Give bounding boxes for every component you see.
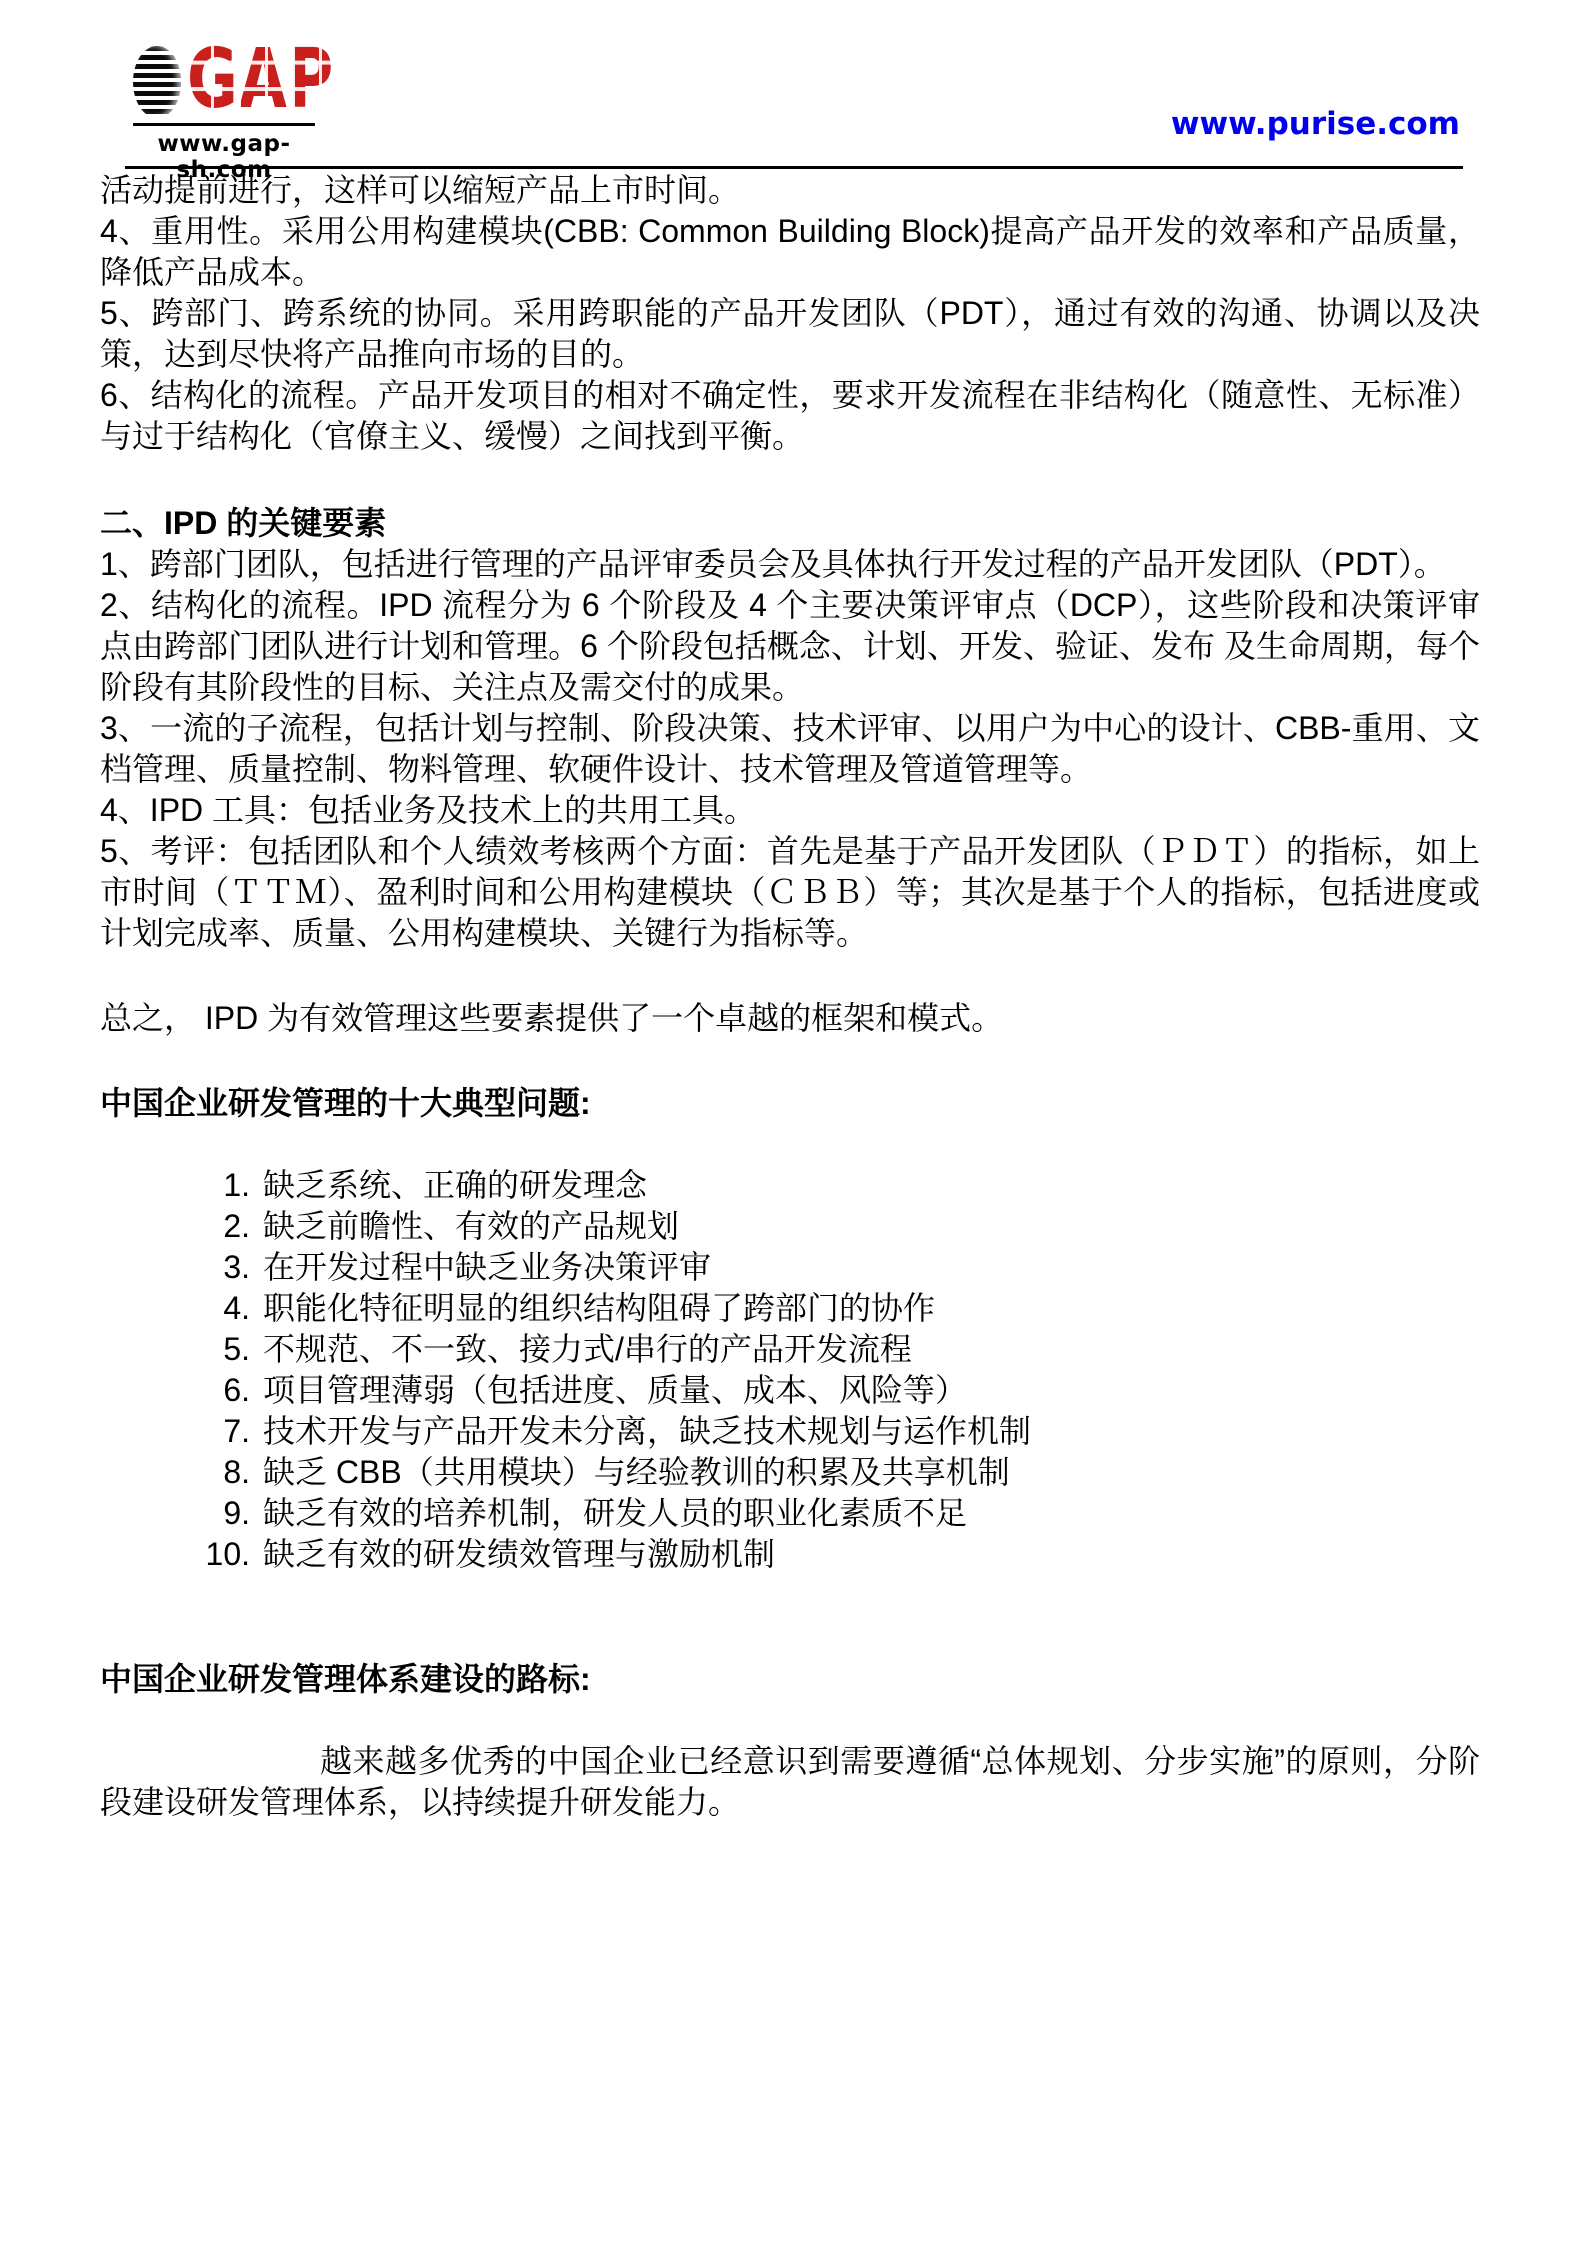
problem-number: 6.: [100, 1370, 250, 1411]
cross-department-paragraph: 5、跨部门、跨系统的协同。采用跨职能的产品开发团队（PDT），通过有效的沟通、协…: [100, 293, 1480, 375]
problem-item: 5. 不规范、不一致、接力式/串行的产品开发流程: [100, 1329, 1480, 1370]
header-divider-rule: [125, 166, 1463, 169]
problem-number: 9.: [100, 1493, 250, 1534]
key-element-2-paragraph: 2、结构化的流程。IPD 流程分为 6 个阶段及 4 个主要决策评审点（DCP）…: [100, 585, 1480, 708]
problem-item: 2. 缺乏前瞻性、有效的产品规划: [100, 1206, 1480, 1247]
gap-logo-text: GAP: [187, 38, 334, 120]
problems-list: 1. 缺乏系统、正确的研发理念 2. 缺乏前瞻性、有效的产品规划 3. 在开发过…: [100, 1165, 1480, 1575]
gap-logo: GAP www.gap-sh.com: [133, 34, 315, 183]
problem-item: 6. 项目管理薄弱（包括进度、质量、成本、风险等）: [100, 1370, 1480, 1411]
problem-item: 10. 缺乏有效的研发绩效管理与激励机制: [100, 1534, 1480, 1575]
problem-number: 2.: [100, 1206, 250, 1247]
heading-ipd-key-elements: 二、IPD 的关键要素: [100, 503, 1480, 544]
problem-item: 1. 缺乏系统、正确的研发理念: [100, 1165, 1480, 1206]
purise-website-link[interactable]: www.purise.com: [1171, 106, 1460, 142]
problem-text: 缺乏 CBB（共用模块）与经验教训的积累及共享机制: [263, 1452, 1010, 1493]
problem-text: 不规范、不一致、接力式/串行的产品开发流程: [263, 1329, 912, 1370]
problem-number: 4.: [100, 1288, 250, 1329]
key-element-1-paragraph: 1、跨部门团队，包括进行管理的产品评审委员会及具体执行开发过程的产品开发团队（P…: [100, 544, 1480, 585]
gap-logo-row: GAP: [133, 34, 315, 120]
globe-icon: [133, 46, 181, 118]
document-body: 活动提前进行，这样可以缩短产品上市时间。 4、重用性。采用公用构建模块(CBB:…: [100, 170, 1480, 1823]
problem-text: 项目管理薄弱（包括进度、质量、成本、风险等）: [263, 1370, 967, 1411]
problem-item: 8. 缺乏 CBB（共用模块）与经验教训的积累及共享机制: [100, 1452, 1480, 1493]
summary-paragraph: 总之， IPD 为有效管理这些要素提供了一个卓越的框架和模式。: [100, 998, 1480, 1039]
problem-number: 5.: [100, 1329, 250, 1370]
roadmap-paragraph: 越来越多优秀的中国企业已经意识到需要遵循“总体规划、分步实施”的原则，分阶段建设…: [100, 1741, 1480, 1823]
problem-text: 职能化特征明显的组织结构阻碍了跨部门的协作: [263, 1288, 935, 1329]
problem-text: 缺乏有效的研发绩效管理与激励机制: [263, 1534, 775, 1575]
problem-number: 8.: [100, 1452, 250, 1493]
problem-item: 9. 缺乏有效的培养机制，研发人员的职业化素质不足: [100, 1493, 1480, 1534]
key-element-4-paragraph: 4、IPD 工具：包括业务及技术上的共用工具。: [100, 790, 1480, 831]
problem-number: 7.: [100, 1411, 250, 1452]
problem-text: 缺乏前瞻性、有效的产品规划: [263, 1206, 679, 1247]
heading-roadmap: 中国企业研发管理体系建设的路标:: [100, 1659, 1480, 1700]
gap-logo-letters: GAP: [187, 30, 334, 126]
problem-text: 缺乏有效的培养机制，研发人员的职业化素质不足: [263, 1493, 967, 1534]
problem-number: 10.: [100, 1534, 250, 1575]
intro-paragraph: 活动提前进行，这样可以缩短产品上市时间。: [100, 170, 1480, 211]
problem-text: 缺乏系统、正确的研发理念: [263, 1165, 647, 1206]
problem-text: 在开发过程中缺乏业务决策评审: [263, 1247, 711, 1288]
document-page: GAP www.gap-sh.com www.purise.com 活动提前进行…: [0, 0, 1587, 2245]
problem-item: 4. 职能化特征明显的组织结构阻碍了跨部门的协作: [100, 1288, 1480, 1329]
problem-number: 3.: [100, 1247, 250, 1288]
key-element-5-paragraph: 5、考评：包括团队和个人绩效考核两个方面：首先是基于产品开发团队（ＰＤＴ）的指标…: [100, 831, 1480, 954]
heading-ten-problems: 中国企业研发管理的十大典型问题:: [100, 1083, 1480, 1124]
key-element-3-paragraph: 3、一流的子流程，包括计划与控制、阶段决策、技术评审、以用户为中心的设计、CBB…: [100, 708, 1480, 790]
reusability-paragraph: 4、重用性。采用公用构建模块(CBB: Common Building Bloc…: [100, 211, 1480, 293]
structured-process-paragraph: 6、结构化的流程。产品开发项目的相对不确定性，要求开发流程在非结构化（随意性、无…: [100, 375, 1480, 457]
problem-item: 7. 技术开发与产品开发未分离，缺乏技术规划与运作机制: [100, 1411, 1480, 1452]
problem-item: 3. 在开发过程中缺乏业务决策评审: [100, 1247, 1480, 1288]
problem-text: 技术开发与产品开发未分离，缺乏技术规划与运作机制: [263, 1411, 1031, 1452]
problem-number: 1.: [100, 1165, 250, 1206]
